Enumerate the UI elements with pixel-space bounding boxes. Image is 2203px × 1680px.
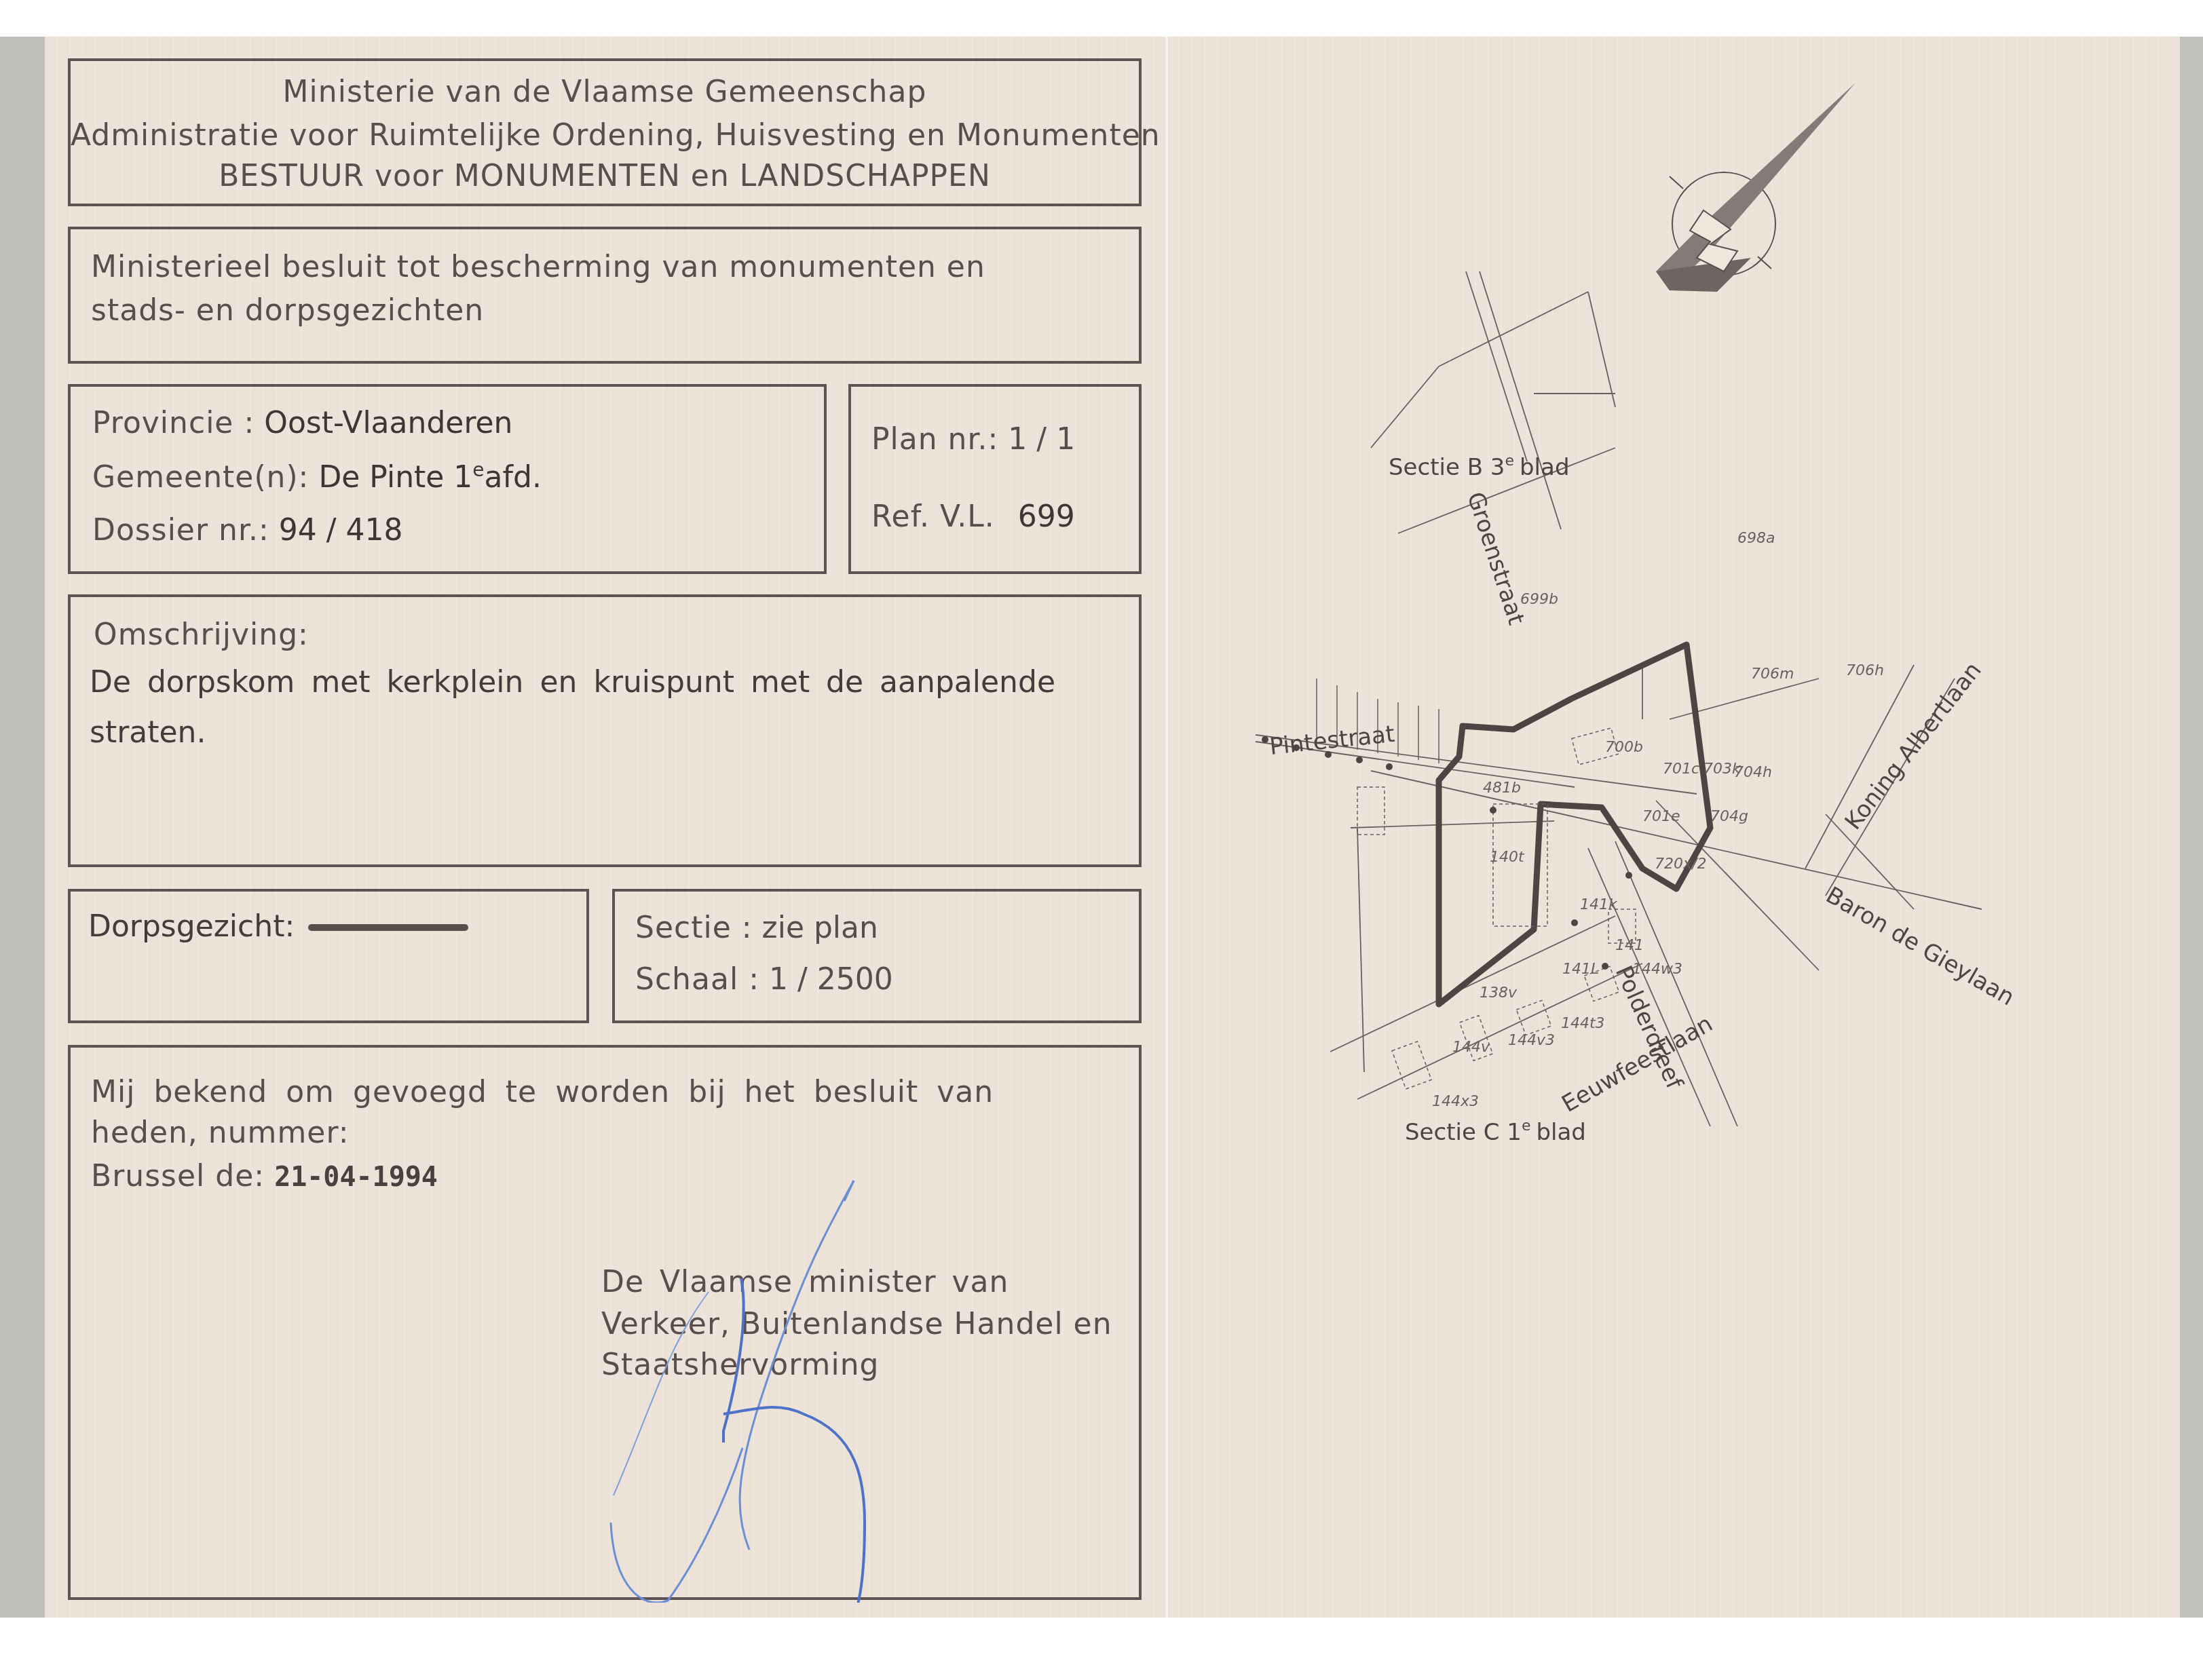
sheet-label-top: Sectie B 3eblad — [1389, 453, 1569, 481]
svg-text:701c: 701c — [1663, 761, 1699, 778]
plan-label: Plan nr.: — [871, 422, 998, 457]
location-box: Provincie : Oost-Vlaanderen Gemeente(n):… — [68, 384, 827, 574]
decree-subject-line2: stads- en dorpsgezichten — [91, 293, 484, 328]
sectie-row: Sectie : zie plan — [635, 911, 878, 945]
gemeente-suffix: afd. — [485, 460, 542, 495]
gemeente-row: Gemeente(n): De Pinte 1eafd. — [92, 459, 542, 495]
dossier-value: 94 / 418 — [279, 513, 403, 548]
plan-row: Plan nr.: 1 / 1 — [871, 422, 1075, 457]
sectie-label: Sectie : — [635, 911, 753, 945]
cadastral-map: N — [1235, 68, 2117, 1221]
legend-box: Dorpsgezicht: — [68, 889, 589, 1023]
scan-margin-left — [0, 37, 45, 1618]
street-label-baron-de-gieylaan: Baron de Gieylaan — [1822, 881, 2019, 1011]
schaal-row: Schaal : 1 / 2500 — [635, 962, 893, 997]
paper-fold — [1166, 37, 1168, 1618]
decree-subject-box: Ministerieel besluit tot bescherming van… — [68, 227, 1142, 364]
svg-text:698a: 698a — [1737, 530, 1775, 547]
svg-text:704g: 704g — [1710, 808, 1748, 825]
approval-box: Mij bekend om gevoegd te worden bij het … — [68, 1045, 1142, 1600]
svg-text:720x/2: 720x/2 — [1655, 856, 1706, 873]
street-label-pintestraat: Pintestraat — [1268, 721, 1396, 761]
svg-text:141k: 141k — [1580, 896, 1618, 913]
svg-text:706h: 706h — [1846, 662, 1884, 679]
plan-box: Plan nr.: 1 / 1 Ref. V.L. 699 — [848, 384, 1142, 574]
svg-text:699b: 699b — [1520, 591, 1558, 608]
description-line1: De dorpskom met kerkplein en kruispunt m… — [90, 665, 1055, 700]
scan-margin-right — [2180, 37, 2203, 1618]
parcel-lines — [1256, 271, 1982, 1126]
north-arrow-icon: N — [1656, 83, 1856, 292]
ministry-header-box: Ministerie van de Vlaamse Gemeenschap Ad… — [68, 58, 1142, 206]
schaal-value: 1 / 2500 — [769, 962, 893, 997]
ref-value: 699 — [1018, 499, 1075, 534]
decree-subject-line1: Ministerieel besluit tot bescherming van… — [91, 250, 985, 284]
ref-row: Ref. V.L. 699 — [871, 499, 1075, 534]
plan-value: 1 / 1 — [1008, 422, 1075, 457]
gemeente-superscript: e — [472, 459, 484, 481]
street-label-koning-albertlaan: Koning Albertlaan — [1840, 657, 1987, 835]
svg-text:700b: 700b — [1605, 739, 1643, 756]
sheet-label-bottom: Sectie C 1eblad — [1405, 1118, 1586, 1146]
gemeente-label: Gemeente(n): — [92, 460, 309, 495]
ministry-name: Ministerie van de Vlaamse Gemeenschap — [71, 75, 1139, 109]
svg-text:144t3: 144t3 — [1561, 1015, 1605, 1032]
svg-text:144w3: 144w3 — [1632, 961, 1682, 978]
schaal-label: Schaal : — [635, 962, 759, 997]
description-box: Omschrijving: De dorpskom met kerkplein … — [68, 594, 1142, 867]
dossier-row: Dossier nr.: 94 / 418 — [92, 513, 403, 548]
provincie-value: Oost-Vlaanderen — [264, 406, 512, 440]
protected-boundary-legend-line — [308, 924, 468, 931]
svg-text:141L: 141L — [1562, 961, 1599, 978]
svg-text:144v3: 144v3 — [1508, 1032, 1555, 1049]
svg-text:706m: 706m — [1751, 666, 1794, 683]
svg-text:141: 141 — [1615, 937, 1644, 954]
department-name: BESTUUR voor MONUMENTEN en LANDSCHAPPEN — [71, 159, 1139, 193]
svg-text:138v: 138v — [1480, 985, 1518, 1001]
svg-text:704h: 704h — [1734, 764, 1772, 781]
provincie-row: Provincie : Oost-Vlaanderen — [92, 406, 513, 440]
svg-text:481b: 481b — [1483, 780, 1521, 797]
gemeente-value: De Pinte 1 — [318, 460, 472, 495]
provincie-label: Provincie : — [92, 406, 255, 440]
legend-label: Dorpsgezicht: — [88, 909, 295, 944]
ref-label: Ref. V.L. — [871, 499, 995, 534]
svg-text:140t: 140t — [1490, 849, 1525, 866]
svg-text:701e: 701e — [1642, 808, 1680, 825]
section-scale-box: Sectie : zie plan Schaal : 1 / 2500 — [612, 889, 1142, 1023]
description-label: Omschrijving: — [94, 617, 309, 652]
dossier-label: Dossier nr.: — [92, 513, 269, 548]
svg-text:144v: 144v — [1452, 1039, 1490, 1056]
sectie-value: zie plan — [762, 911, 878, 945]
description-line2: straten. — [90, 715, 206, 750]
minister-signature — [71, 1048, 1144, 1603]
svg-text:144x3: 144x3 — [1432, 1093, 1479, 1110]
administration-name: Administratie voor Ruimtelijke Ordening,… — [71, 118, 1139, 153]
